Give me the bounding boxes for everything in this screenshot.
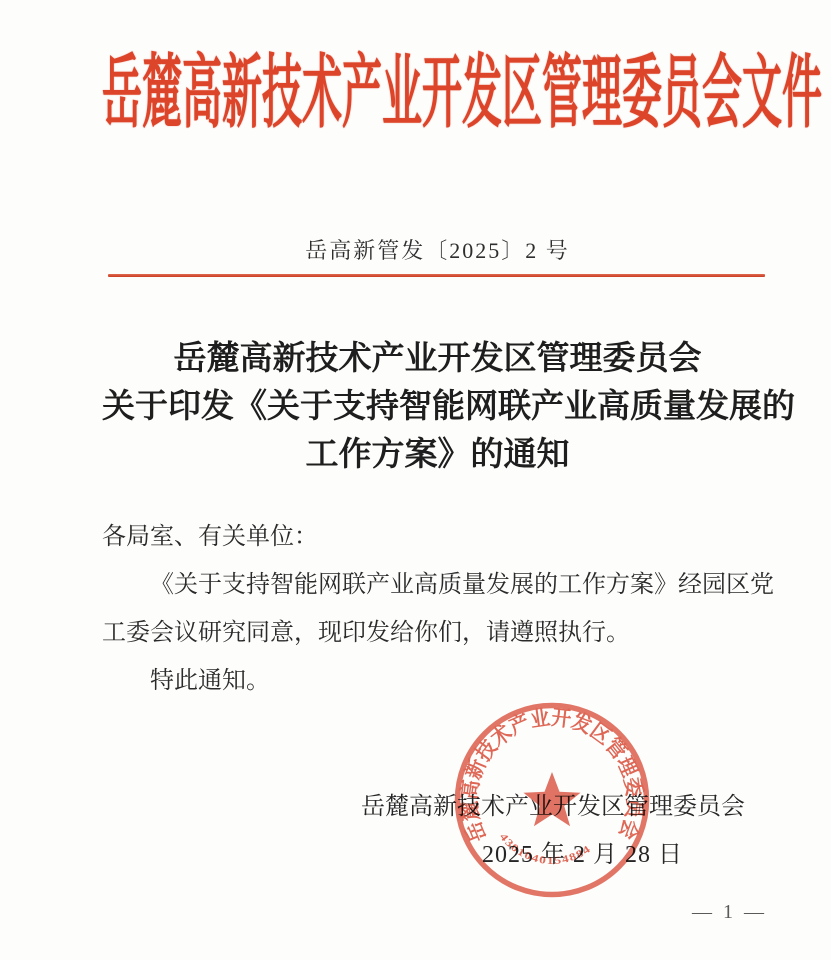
body-paragraph-line-2: 工委会议研究同意，现印发给你们，请遵照执行。 — [102, 609, 773, 657]
document-page: 岳麓高新技术产业开发区管理委员会文件 岳高新管发〔2025〕2 号 岳麓高新技术… — [0, 0, 831, 960]
title-line-3: 工作方案》的通知 — [102, 431, 773, 479]
document-masthead: 岳麓高新技术产业开发区管理委员会文件 — [102, 52, 773, 162]
signature-date: 2025 年 2 月 28 日 — [102, 840, 773, 870]
body-paragraph-line-1: 《关于支持智能网联产业高质量发展的工作方案》经园区党 — [102, 561, 773, 609]
signature-org: 岳麓高新技术产业开发区管理委员会 — [102, 792, 773, 822]
title-line-2: 关于印发《关于支持智能网联产业高质量发展的 — [102, 383, 773, 431]
title-line-1: 岳麓高新技术产业开发区管理委员会 — [102, 335, 773, 383]
closing-note: 特此通知。 — [102, 657, 773, 705]
document-number: 岳高新管发〔2025〕2 号 — [102, 236, 773, 266]
salutation: 各局室、有关单位： — [102, 513, 773, 561]
svg-text:岳麓高新技术产业开发区管理委员会: 岳麓高新技术产业开发区管理委员会 — [456, 705, 646, 845]
seal-ring-text: 岳麓高新技术产业开发区管理委员会 — [456, 705, 646, 845]
masthead-org-title: 岳麓高新技术产业开发区管理委员会文件 — [102, 52, 822, 136]
document-title: 岳麓高新技术产业开发区管理委员会 关于印发《关于支持智能网联产业高质量发展的 工… — [102, 335, 773, 479]
red-divider-line — [108, 274, 765, 277]
document-body: 各局室、有关单位： 《关于支持智能网联产业高质量发展的工作方案》经园区党 工委会… — [102, 513, 773, 705]
page-number: — 1 — — [692, 901, 767, 924]
